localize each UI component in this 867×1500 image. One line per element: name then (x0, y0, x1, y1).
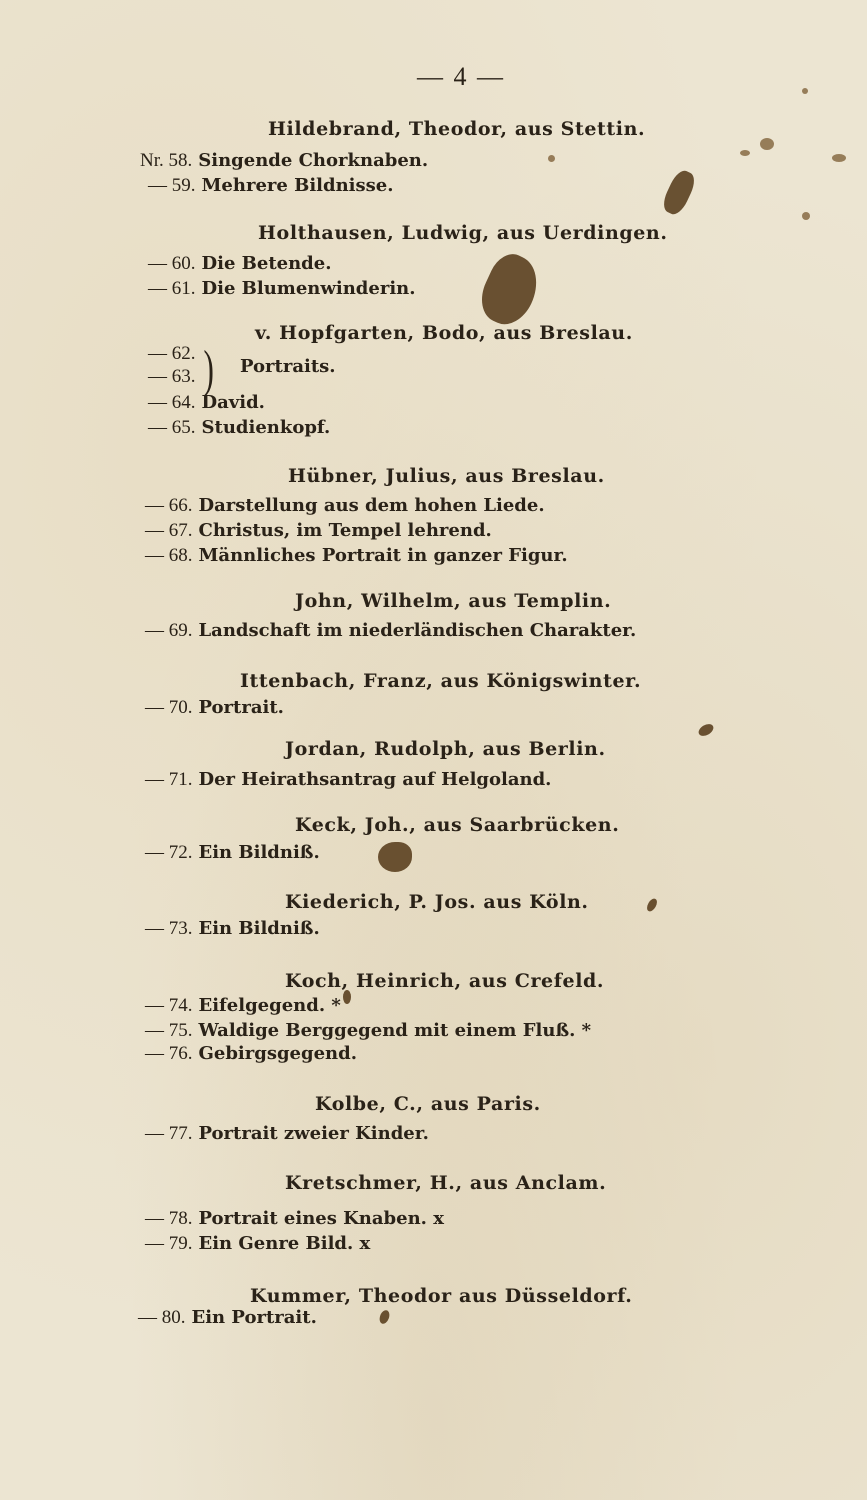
grouping-bracket: ) (203, 340, 213, 399)
entry-title: David. (202, 392, 265, 413)
entry-number: — 75. (145, 1020, 193, 1042)
catalog-entry: — 74.Eifelgegend. * (145, 995, 341, 1017)
grouped-entry-title: Portraits. (240, 356, 336, 377)
entry-number: — 67. (145, 520, 193, 542)
page-number: — 4 — (0, 62, 867, 92)
ink-stain (697, 722, 716, 739)
entry-title: Singende Chorknaben. (198, 150, 428, 171)
entry-number: — 59. (148, 175, 196, 197)
ink-stain (378, 842, 412, 872)
entry-number: — 60. (148, 253, 196, 275)
catalog-entry: — 77.Portrait zweier Kinder. (145, 1123, 429, 1145)
entry-title: Eifelgegend. * (199, 995, 341, 1016)
entry-number: — 74. (145, 995, 193, 1017)
entry-number: — 80. (138, 1307, 186, 1329)
entry-number: — 63. (148, 366, 196, 388)
ink-speck (802, 212, 810, 220)
entry-title: Portrait eines Knaben. x (199, 1208, 444, 1229)
entry-number: — 79. (145, 1233, 193, 1255)
entry-number: — 61. (148, 278, 196, 300)
ink-speck (832, 154, 846, 162)
catalog-entry: — 66.Darstellung aus dem hohen Liede. (145, 495, 545, 517)
ink-speck (548, 155, 555, 162)
catalog-entry: — 70.Portrait. (145, 697, 284, 719)
catalog-entry: — 71.Der Heirathsantrag auf Helgoland. (145, 769, 551, 791)
catalog-entry: — 65.Studienkopf. (148, 417, 330, 439)
entry-number: Nr. 58. (140, 150, 192, 172)
catalog-entry: — 80.Ein Portrait. (138, 1307, 317, 1329)
entry-number: — 69. (145, 620, 193, 642)
document-page: — 4 — Hildebrand, Theodor, aus Stettin. … (0, 0, 867, 1500)
catalog-entry: — 64.David. (148, 392, 265, 414)
artist-heading: Kiederich, P. Jos. aus Köln. (285, 891, 589, 913)
ink-stain (645, 897, 659, 913)
catalog-entry: — 73.Ein Bildniß. (145, 918, 320, 940)
entry-number: — 66. (145, 495, 193, 517)
entry-title: Gebirgsgegend. (199, 1043, 357, 1064)
catalog-entry: Nr. 58.Singende Chorknaben. (140, 150, 428, 172)
entry-number: — 64. (148, 392, 196, 414)
artist-heading: Kolbe, C., aus Paris. (315, 1093, 541, 1115)
entry-number: — 62. (148, 343, 196, 365)
entry-number: — 78. (145, 1208, 193, 1230)
ink-stain (378, 1309, 391, 1325)
ink-stain (473, 248, 548, 333)
catalog-entry: — 72.Ein Bildniß. (145, 842, 320, 864)
artist-heading: John, Wilhelm, aus Templin. (295, 590, 611, 612)
artist-heading: Keck, Joh., aus Saarbrücken. (295, 814, 619, 836)
catalog-entry: — 75.Waldige Berggegend mit einem Fluß. … (145, 1020, 591, 1042)
entry-title: Portrait zweier Kinder. (199, 1123, 429, 1144)
artist-heading: Kretschmer, H., aus Anclam. (285, 1172, 606, 1194)
artist-heading: Ittenbach, Franz, aus Königswinter. (240, 670, 641, 692)
artist-heading: v. Hopfgarten, Bodo, aus Breslau. (255, 322, 633, 344)
entry-title: Der Heirathsantrag auf Helgoland. (199, 769, 552, 790)
catalog-entry: — 68.Männliches Portrait in ganzer Figur… (145, 545, 568, 567)
artist-heading: Kummer, Theodor aus Düsseldorf. (250, 1285, 632, 1307)
entry-title: Die Betende. (202, 253, 332, 274)
entry-number: — 77. (145, 1123, 193, 1145)
ink-stain (343, 990, 351, 1004)
entry-number: — 73. (145, 918, 193, 940)
entry-title: Waldige Berggegend mit einem Fluß. * (199, 1020, 592, 1041)
artist-heading: Holthausen, Ludwig, aus Uerdingen. (258, 222, 668, 244)
entry-number: — 65. (148, 417, 196, 439)
catalog-entry: — 62. (148, 343, 202, 365)
entry-title: Portrait. (199, 697, 284, 718)
ink-stain (660, 167, 699, 217)
artist-heading: Jordan, Rudolph, aus Berlin. (285, 738, 606, 760)
entry-number: — 70. (145, 697, 193, 719)
entry-title: Studienkopf. (202, 417, 331, 438)
entry-number: — 76. (145, 1043, 193, 1065)
entry-number: — 72. (145, 842, 193, 864)
entry-title: Christus, im Tempel lehrend. (199, 520, 492, 541)
entry-title: Mehrere Bildnisse. (202, 175, 394, 196)
entry-title: Ein Bildniß. (199, 918, 320, 939)
catalog-entry: — 67.Christus, im Tempel lehrend. (145, 520, 492, 542)
artist-heading: Koch, Heinrich, aus Crefeld. (285, 970, 604, 992)
catalog-entry: — 76.Gebirgsgegend. (145, 1043, 357, 1065)
catalog-entry: — 69.Landschaft im niederländischen Char… (145, 620, 636, 642)
entry-title: Männliches Portrait in ganzer Figur. (199, 545, 568, 566)
entry-number: — 71. (145, 769, 193, 791)
artist-heading: Hildebrand, Theodor, aus Stettin. (268, 118, 645, 140)
ink-speck (802, 88, 808, 94)
catalog-entry: — 78.Portrait eines Knaben. x (145, 1208, 444, 1230)
artist-heading: Hübner, Julius, aus Breslau. (288, 465, 605, 487)
catalog-entry: — 61.Die Blumenwinderin. (148, 278, 416, 300)
entry-title: Ein Portrait. (192, 1307, 317, 1328)
ink-speck (740, 150, 750, 156)
entry-number: — 68. (145, 545, 193, 567)
ink-speck (760, 138, 774, 150)
entry-title: Ein Genre Bild. x (199, 1233, 371, 1254)
catalog-entry: — 79.Ein Genre Bild. x (145, 1233, 370, 1255)
entry-title: Ein Bildniß. (199, 842, 320, 863)
entry-title: Landschaft im niederländischen Charakter… (199, 620, 637, 641)
entry-title: Darstellung aus dem hohen Liede. (199, 495, 545, 516)
entry-title: Die Blumenwinderin. (202, 278, 416, 299)
catalog-entry: — 63. (148, 366, 202, 388)
catalog-entry: — 60.Die Betende. (148, 253, 332, 275)
catalog-entry: — 59.Mehrere Bildnisse. (148, 175, 394, 197)
